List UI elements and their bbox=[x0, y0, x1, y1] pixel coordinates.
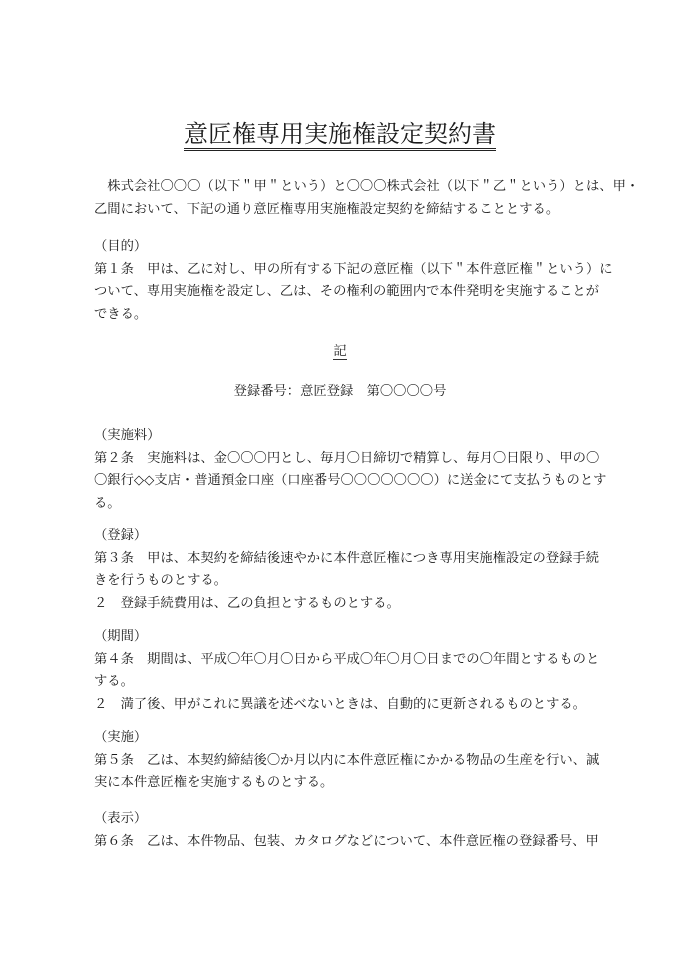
article-heading: （表示） bbox=[94, 808, 594, 831]
article-line: 第３条 甲は、本契約を締結後速やかに本件意匠権につき専用実施権設定の登録手続 bbox=[94, 548, 594, 571]
article-line: きを行うものとする。 bbox=[94, 570, 594, 593]
article-line: する。 bbox=[94, 671, 594, 694]
article-line: 〇銀行◇◇支店・普通預金口座（口座番号〇〇〇〇〇〇〇）に送金にて支払うものとす bbox=[94, 470, 594, 493]
article-heading: （実施料） bbox=[94, 425, 594, 448]
preamble: 株式会社〇〇〇（以下＂甲＂という）と〇〇〇株式会社（以下＂乙＂という）とは、甲・… bbox=[94, 176, 594, 221]
document-page: 意匠権専用実施権設定契約書 株式会社〇〇〇（以下＂甲＂という）と〇〇〇株式会社（… bbox=[0, 0, 680, 962]
ki-marker: 記 bbox=[0, 341, 680, 364]
article-heading: （登録） bbox=[94, 525, 594, 548]
article-line: 第１条 甲は、乙に対し、甲の所有する下記の意匠権（以下＂本件意匠権＂という）に bbox=[94, 259, 594, 282]
article-3: （登録） 第３条 甲は、本契約を締結後速やかに本件意匠権につき専用実施権設定の登… bbox=[94, 525, 594, 615]
article-line: 第５条 乙は、本契約締結後〇か月以内に本件意匠権にかかる物品の生産を行い、誠 bbox=[94, 750, 594, 773]
article-2: （実施料） 第２条 実施料は、金〇〇〇円とし、毎月〇日締切で精算し、毎月〇日限り… bbox=[94, 425, 594, 515]
article-6: （表示） 第６条 乙は、本件物品、包装、カタログなどについて、本件意匠権の登録番… bbox=[94, 808, 594, 853]
article-heading: （期間） bbox=[94, 626, 594, 649]
article-5: （実施） 第５条 乙は、本契約締結後〇か月以内に本件意匠権にかかる物品の生産を行… bbox=[94, 727, 594, 795]
article-line: 実に本件意匠権を実施するものとする。 bbox=[94, 772, 594, 795]
article-line: る。 bbox=[94, 493, 594, 516]
registration-number: 登録番号：意匠登録 第〇〇〇〇号 bbox=[0, 381, 680, 404]
preamble-line: 株式会社〇〇〇（以下＂甲＂という）と〇〇〇株式会社（以下＂乙＂という）とは、甲・ bbox=[94, 176, 594, 199]
article-1: （目的） 第１条 甲は、乙に対し、甲の所有する下記の意匠権（以下＂本件意匠権＂と… bbox=[94, 236, 594, 326]
article-line: 第２条 実施料は、金〇〇〇円とし、毎月〇日締切で精算し、毎月〇日限り、甲の〇 bbox=[94, 448, 594, 471]
article-heading: （実施） bbox=[94, 727, 594, 750]
article-line: ２ 満了後、甲がこれに異議を述べないときは、自動的に更新されるものとする。 bbox=[94, 694, 594, 717]
document-title: 意匠権専用実施権設定契約書 bbox=[0, 119, 680, 149]
registration-text: 登録番号：意匠登録 第〇〇〇〇号 bbox=[234, 384, 447, 399]
article-heading: （目的） bbox=[94, 236, 594, 259]
article-line: ついて、専用実施権を設定し、乙は、その権利の範囲内で本件発明を実施することが bbox=[94, 281, 594, 304]
article-4: （期間） 第４条 期間は、平成〇年〇月〇日から平成〇年〇月〇日までの〇年間とする… bbox=[94, 626, 594, 716]
article-line: 第４条 期間は、平成〇年〇月〇日から平成〇年〇月〇日までの〇年間とするものと bbox=[94, 649, 594, 672]
ki-text: 記 bbox=[333, 344, 346, 360]
article-line: 第６条 乙は、本件物品、包装、カタログなどについて、本件意匠権の登録番号、甲 bbox=[94, 831, 594, 854]
article-line: できる。 bbox=[94, 304, 594, 327]
preamble-line: 乙間において、下記の通り意匠権専用実施権設定契約を締結することとする。 bbox=[94, 199, 594, 222]
article-line: ２ 登録手続費用は、乙の負担とするものとする。 bbox=[94, 593, 594, 616]
title-text: 意匠権専用実施権設定契約書 bbox=[184, 120, 496, 151]
